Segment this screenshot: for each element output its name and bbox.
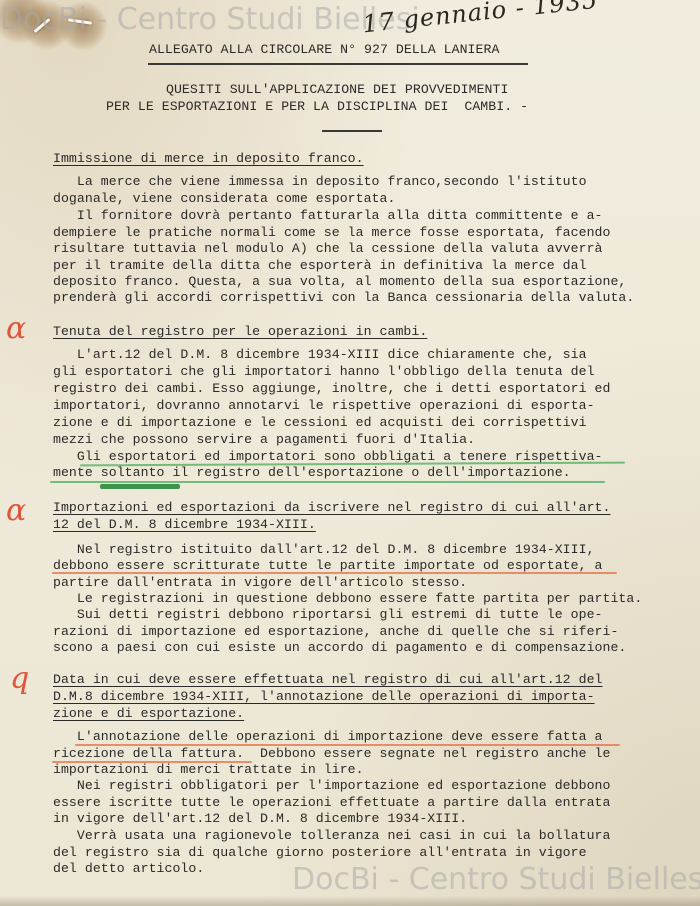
section-1-line: deposito franco. Questa, a sua volta, al… (53, 274, 626, 290)
section-1-line: prenderà gli accordi corrispettivi con l… (53, 290, 634, 306)
section-1-heading: Immissione di merce in deposito franco. (53, 151, 364, 167)
header-underline (148, 63, 528, 65)
section-1-line: risultare tuttavia nel modulo A) che la … (53, 241, 603, 257)
section-3-heading: 12 del D.M. 8 dicembre 1934-XIII. (53, 517, 316, 533)
section-1-line: dempiere le pratiche normali come se la … (53, 225, 610, 241)
section-1-line: La merce che viene immessa in deposito f… (53, 174, 587, 190)
section-4-line: essere iscritte tutte le operazioni effe… (53, 795, 610, 811)
green-highlight (50, 481, 605, 483)
section-2-heading: Tenuta del registro per le operazioni in… (53, 324, 427, 340)
section-3-line: Le registrazioni in questione debbono es… (53, 591, 642, 607)
page-bottom-edge (0, 896, 700, 906)
section-2-line: L'art.12 del D.M. 8 dicembre 1934-XIII d… (53, 347, 587, 363)
section-2-line: registro dei cambi. Esso aggiunge, inolt… (53, 381, 610, 397)
margin-mark-icon: q (10, 664, 29, 694)
section-3-line: Nel registro istituito dall'art.12 del D… (53, 542, 595, 558)
section-1-line: Il fornitore dovrà pertanto fatturarla a… (53, 208, 603, 224)
title-separator (322, 130, 382, 132)
section-3-line: Sui detti registri debbono riportarsi gl… (53, 607, 603, 623)
allegato-heading: ALLEGATO ALLA CIRCOLARE N° 927 DELLA LAN… (149, 42, 499, 58)
section-1-line: doganale, viene considerata come esporta… (53, 191, 395, 207)
section-4-line: del registro sia di qualche giorno poste… (53, 845, 587, 861)
section-4-line: del detto articolo. (53, 861, 204, 877)
section-4-heading: zione e di esportazione. (53, 706, 244, 722)
section-4-heading: D.M.8 dicembre 1934-XIII, l'annotazione … (53, 689, 595, 705)
handwritten-date: 17 gennaio - 1935 (361, 0, 599, 38)
title-line-2: PER LE ESPORTAZIONI E PER LA DISCIPLINA … (106, 99, 528, 115)
section-3-line: scono a paesi con cui esiste un accordo … (53, 640, 626, 656)
section-2-line: zione e di importazione e le cessioni ed… (53, 415, 587, 431)
watermark-top: DocBi - Centro Studi Biellesi (0, 2, 420, 37)
green-highlight (100, 484, 180, 489)
section-3-heading: Importazioni ed esportazioni da iscriver… (53, 500, 610, 516)
section-4-line: L'annotazione delle operazioni di import… (53, 729, 603, 745)
section-4-line: Verrà usata una ragionevole tolleranza n… (53, 828, 610, 844)
document-page: DocBi - Centro Studi Biellesi DocBi - Ce… (0, 0, 700, 906)
section-1-line: per il tramite della ditta che esporterà… (53, 258, 587, 274)
section-3-line: partire dall'entrata in vigore dell'arti… (53, 575, 467, 591)
section-4-line: in vigore dell'art.12 del D.M. 8 dicembr… (53, 811, 467, 827)
section-4-line: importazioni di merci trattate in lire. (53, 762, 364, 778)
title-line-1: QUESITI SULL'APPLICAZIONE DEI PROVVEDIME… (166, 82, 508, 98)
margin-mark-icon: α (6, 496, 26, 526)
section-2-line: mezzi che possono servire a pagamenti fu… (53, 432, 475, 448)
section-4-line: Nei registri obbligatori per l'importazi… (53, 778, 610, 794)
section-2-line: importatori, dovranno annotarvi le rispe… (53, 398, 595, 414)
section-3-line: razioni di importazione ed esportazione,… (53, 624, 618, 640)
section-2-line: mente soltanto il registro dell'esportaz… (53, 465, 571, 481)
red-underline (52, 572, 617, 574)
section-2-line: gli esportatori che gli importatori hann… (53, 364, 595, 380)
margin-mark-icon: α (6, 314, 26, 344)
watermark-bottom: DocBi - Centro Studi Biellesi (292, 862, 700, 897)
section-4-line: ricezione della fattura. Debbono essere … (53, 746, 610, 762)
section-4-heading: Data in cui deve essere effettuata nel r… (53, 672, 603, 688)
